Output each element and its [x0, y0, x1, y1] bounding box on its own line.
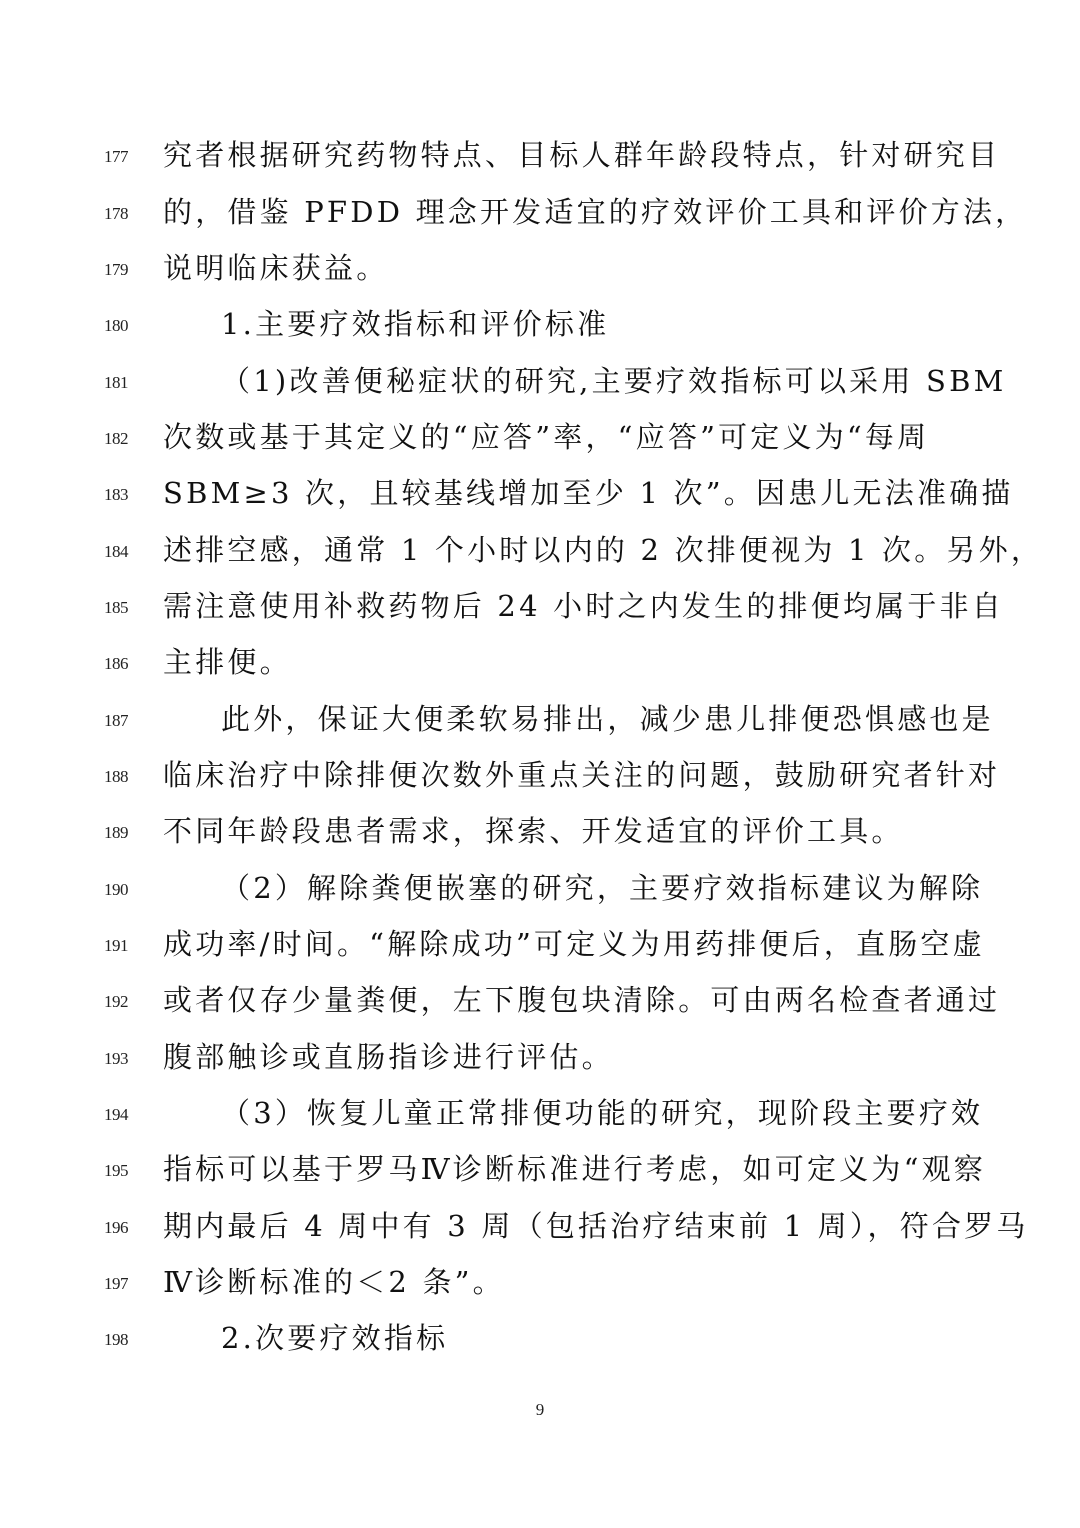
- line-number: 195: [104, 1161, 144, 1181]
- line-text: 腹部触诊或直肠指诊进行评估。: [163, 1035, 923, 1079]
- line-number: 189: [104, 823, 144, 843]
- line-number: 196: [104, 1218, 144, 1238]
- line-text: SBM≥3 次，且较基线增加至少 1 次”。因患儿无法准确描: [163, 471, 923, 515]
- line-number: 181: [104, 373, 144, 393]
- line-text: 次数或基于其定义的“应答”率，“应答”可定义为“每周: [163, 415, 923, 459]
- line-number: 190: [104, 880, 144, 900]
- section-heading: 2.次要疗效指标: [221, 1316, 981, 1360]
- text-line: 195 指标可以基于罗马Ⅳ诊断标准进行考虑，如可定义为“观察: [0, 1147, 1080, 1197]
- line-text: （1)改善便秘症状的研究,主要疗效指标可以采用 SBM: [221, 359, 981, 403]
- text-line: 185 需注意使用补救药物后 24 小时之内发生的排便均属于非自: [0, 584, 1080, 634]
- line-number: 194: [104, 1105, 144, 1125]
- text-line: 186 主排便。: [0, 640, 1080, 690]
- text-line: 189 不同年龄段患者需求，探索、开发适宜的评价工具。: [0, 809, 1080, 859]
- page-number: 9: [0, 1400, 1080, 1420]
- line-number: 198: [104, 1330, 144, 1350]
- line-number: 177: [104, 147, 144, 167]
- line-number: 191: [104, 936, 144, 956]
- line-number: 182: [104, 429, 144, 449]
- line-text: 主排便。: [163, 640, 923, 684]
- line-text: 或者仅存少量粪便，左下腹包块清除。可由两名检查者通过: [163, 978, 923, 1022]
- text-line: 179 说明临床获益。: [0, 246, 1080, 296]
- line-text: 临床治疗中除排便次数外重点关注的问题，鼓励研究者针对: [163, 753, 923, 797]
- text-line: 188 临床治疗中除排便次数外重点关注的问题，鼓励研究者针对: [0, 753, 1080, 803]
- text-line: 177 究者根据研究药物特点、目标人群年龄段特点，针对研究目: [0, 133, 1080, 183]
- text-line: 196 期内最后 4 周中有 3 周（包括治疗结束前 1 周），符合罗马: [0, 1204, 1080, 1254]
- text-line: 187 此外，保证大便柔软易排出，减少患儿排便恐惧感也是: [0, 697, 1080, 747]
- line-text: 不同年龄段患者需求，探索、开发适宜的评价工具。: [163, 809, 923, 853]
- line-number: 192: [104, 992, 144, 1012]
- text-line: 178 的，借鉴 PFDD 理念开发适宜的疗效评价工具和评价方法，: [0, 190, 1080, 240]
- line-text: 究者根据研究药物特点、目标人群年龄段特点，针对研究目: [163, 133, 923, 177]
- section-heading: 1.主要疗效指标和评价标准: [221, 302, 981, 346]
- section-heading-line: 180 1.主要疗效指标和评价标准: [0, 302, 1080, 352]
- line-text: 成功率/时间。“解除成功”可定义为用药排便后，直肠空虚: [163, 922, 923, 966]
- line-number: 197: [104, 1274, 144, 1294]
- text-line: 191 成功率/时间。“解除成功”可定义为用药排便后，直肠空虚: [0, 922, 1080, 972]
- line-text: （3）恢复儿童正常排便功能的研究，现阶段主要疗效: [221, 1091, 981, 1135]
- line-text: 指标可以基于罗马Ⅳ诊断标准进行考虑，如可定义为“观察: [163, 1147, 923, 1191]
- line-number: 184: [104, 542, 144, 562]
- text-line: 182 次数或基于其定义的“应答”率，“应答”可定义为“每周: [0, 415, 1080, 465]
- line-number: 186: [104, 654, 144, 674]
- line-text: 期内最后 4 周中有 3 周（包括治疗结束前 1 周），符合罗马: [163, 1204, 923, 1248]
- line-text: 的，借鉴 PFDD 理念开发适宜的疗效评价工具和评价方法，: [163, 190, 923, 234]
- line-number: 185: [104, 598, 144, 618]
- text-line: 194 （3）恢复儿童正常排便功能的研究，现阶段主要疗效: [0, 1091, 1080, 1141]
- text-line: 192 或者仅存少量粪便，左下腹包块清除。可由两名检查者通过: [0, 978, 1080, 1028]
- text-line: 181 （1)改善便秘症状的研究,主要疗效指标可以采用 SBM: [0, 359, 1080, 409]
- line-number: 183: [104, 485, 144, 505]
- document-page: 177 究者根据研究药物特点、目标人群年龄段特点，针对研究目 178 的，借鉴 …: [0, 0, 1080, 1528]
- text-line: 183 SBM≥3 次，且较基线增加至少 1 次”。因患儿无法准确描: [0, 471, 1080, 521]
- line-number: 178: [104, 204, 144, 224]
- text-line: 193 腹部触诊或直肠指诊进行评估。: [0, 1035, 1080, 1085]
- line-number: 188: [104, 767, 144, 787]
- line-text: 需注意使用补救药物后 24 小时之内发生的排便均属于非自: [163, 584, 923, 628]
- text-line: 197 Ⅳ诊断标准的＜2 条”。: [0, 1260, 1080, 1310]
- line-number: 193: [104, 1049, 144, 1069]
- line-number: 179: [104, 260, 144, 280]
- line-text: 述排空感，通常 1 个小时以内的 2 次排便视为 1 次。另外，: [163, 528, 923, 572]
- line-text: Ⅳ诊断标准的＜2 条”。: [163, 1260, 923, 1304]
- line-text: 说明临床获益。: [163, 246, 923, 290]
- line-number: 180: [104, 316, 144, 336]
- line-text: 此外，保证大便柔软易排出，减少患儿排便恐惧感也是: [221, 697, 981, 741]
- section-heading-line: 198 2.次要疗效指标: [0, 1316, 1080, 1366]
- text-line: 184 述排空感，通常 1 个小时以内的 2 次排便视为 1 次。另外，: [0, 528, 1080, 578]
- line-number: 187: [104, 711, 144, 731]
- text-line: 190 （2）解除粪便嵌塞的研究，主要疗效指标建议为解除: [0, 866, 1080, 916]
- line-text: （2）解除粪便嵌塞的研究，主要疗效指标建议为解除: [221, 866, 981, 910]
